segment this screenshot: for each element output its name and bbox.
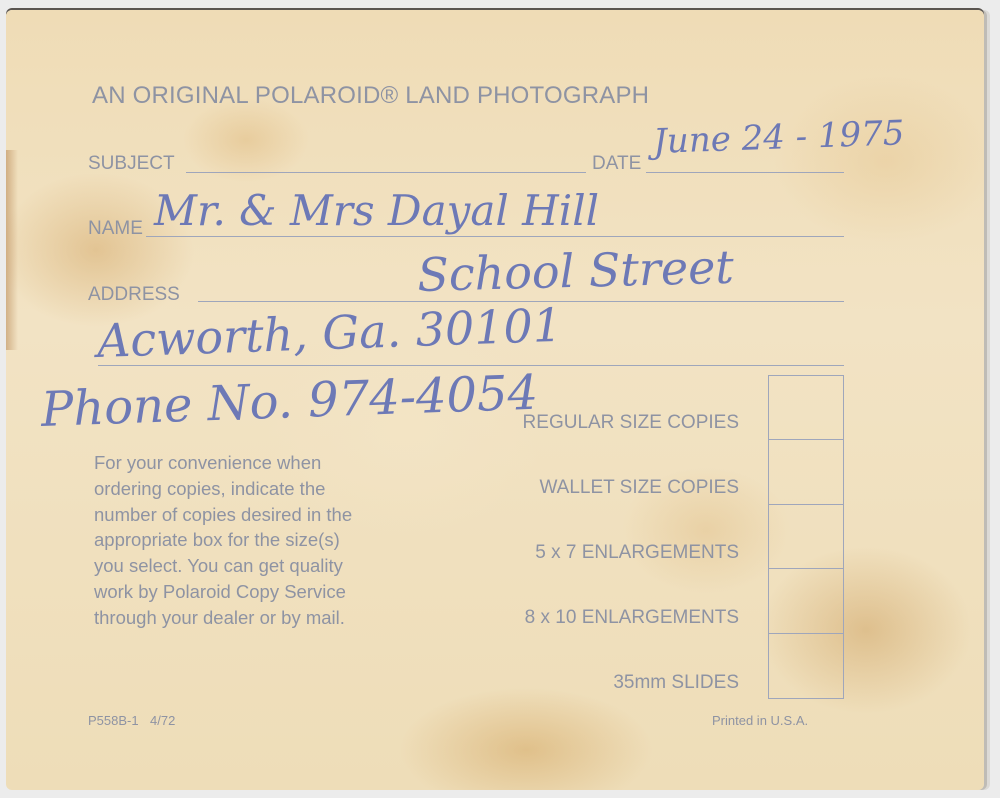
- option-5x7-label: 5 x 7 ENLARGEMENTS: [535, 542, 739, 564]
- water-stain: [6, 150, 18, 350]
- ordering-instructions: For your convenience when ordering copie…: [94, 450, 374, 631]
- polaroid-back-card: AN ORIGINAL POLAROID® LAND PHOTOGRAPH SU…: [6, 10, 984, 790]
- 5x7-qty-box[interactable]: [769, 505, 843, 569]
- date-label: DATE: [592, 153, 641, 175]
- option-35mm-label: 35mm SLIDES: [613, 672, 739, 694]
- address-label: ADDRESS: [88, 284, 180, 306]
- option-wallet-size-label: WALLET SIZE COPIES: [539, 477, 739, 499]
- form-number: P558B-1: [88, 713, 139, 728]
- wallet-size-qty-box[interactable]: [769, 440, 843, 504]
- date-line: [646, 172, 844, 173]
- 8x10-qty-box[interactable]: [769, 569, 843, 633]
- option-8x10-label: 8 x 10 ENLARGEMENTS: [525, 607, 739, 629]
- subject-label: SUBJECT: [88, 153, 175, 175]
- phone-handwritten: Phone No. 974-4054: [40, 365, 539, 438]
- form-date: 4/72: [150, 713, 175, 728]
- address-line1-handwritten: School Street: [417, 240, 735, 302]
- printed-in-usa: Printed in U.S.A.: [712, 713, 808, 728]
- copy-quantity-grid: [768, 375, 844, 699]
- 35mm-qty-box[interactable]: [769, 634, 843, 698]
- name-handwritten: Mr. & Mrs Dayal Hill: [154, 186, 599, 235]
- subject-line: [186, 172, 586, 173]
- regular-size-qty-box[interactable]: [769, 376, 843, 440]
- name-label: NAME: [88, 218, 143, 240]
- name-line: [146, 236, 844, 237]
- address-line2-handwritten: Acworth, Ga. 30101: [96, 298, 563, 368]
- address-line-2: [98, 365, 844, 366]
- card-title: AN ORIGINAL POLAROID® LAND PHOTOGRAPH: [92, 82, 649, 110]
- date-handwritten: June 24 - 1975: [653, 113, 905, 162]
- option-regular-size-label: REGULAR SIZE COPIES: [523, 412, 739, 434]
